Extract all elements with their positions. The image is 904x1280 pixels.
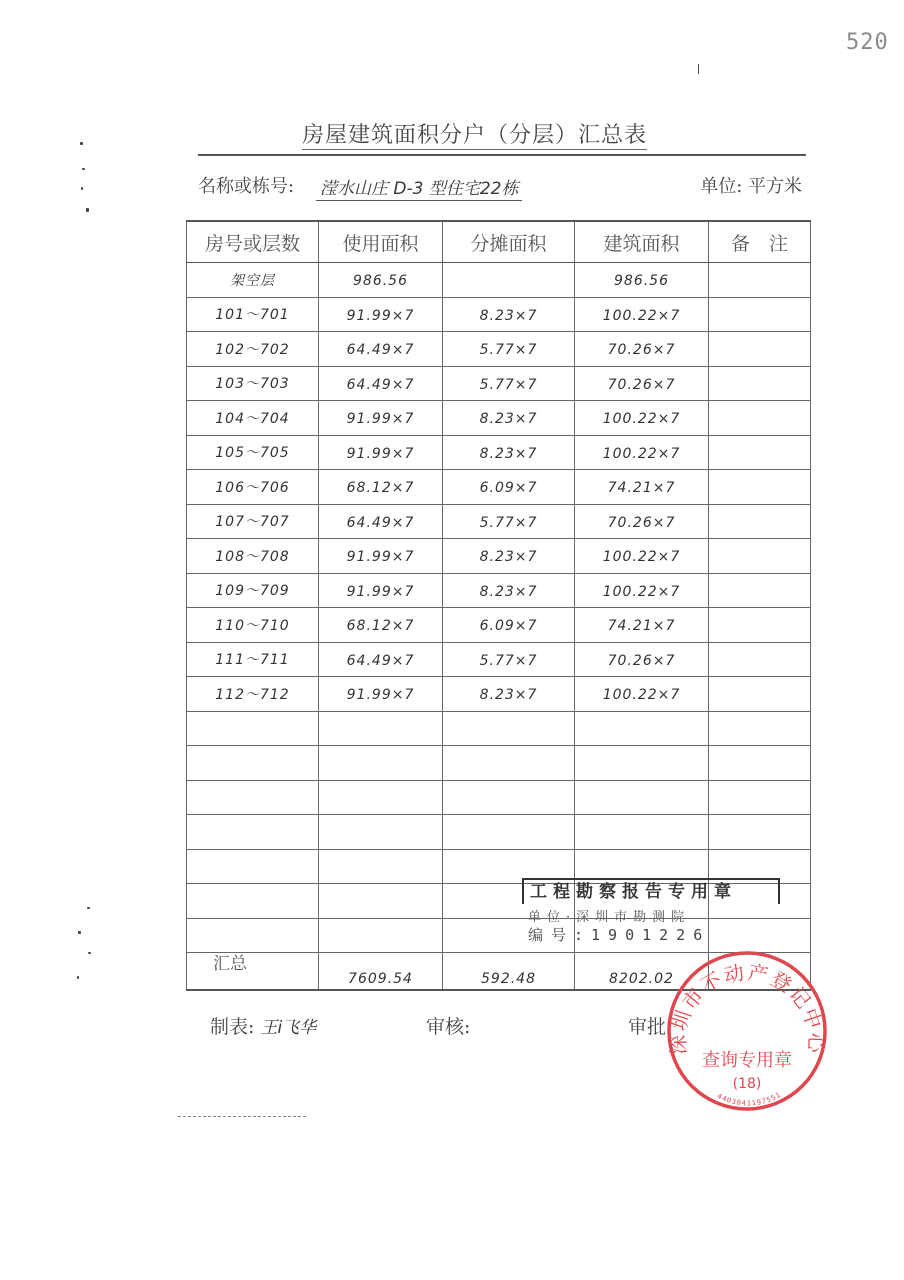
- usable-area-cell: 91.99×7: [319, 401, 443, 436]
- total-shared: 592.48: [443, 953, 575, 991]
- table-row: 111～71164.49×75.77×770.26×7: [187, 642, 811, 677]
- stamp-title: 工程勘察报告专用章: [522, 878, 780, 904]
- shared-area-cell: 8.23×7: [443, 435, 575, 470]
- page-number: 520: [846, 30, 889, 55]
- room-cell: 108～708: [187, 539, 319, 574]
- room-cell: [187, 815, 319, 850]
- prepared-by-signature: 王i飞华: [260, 1018, 316, 1038]
- building-area-cell: 100.22×7: [575, 297, 709, 332]
- shared-area-cell: 6.09×7: [443, 608, 575, 643]
- usable-area-cell: [319, 918, 443, 953]
- table-row: 106～70668.12×76.09×774.21×7: [187, 470, 811, 505]
- usable-area-cell: [319, 711, 443, 746]
- note-cell: [709, 780, 811, 815]
- building-area-cell: 70.26×7: [575, 642, 709, 677]
- table-row: 112～71291.99×78.23×7100.22×7: [187, 677, 811, 712]
- header-room: 房号或层数: [187, 221, 319, 263]
- usable-area-cell: 91.99×7: [319, 677, 443, 712]
- note-cell: [709, 332, 811, 367]
- prepared-by: 制表: 王i飞华: [210, 1012, 316, 1039]
- reviewed-by: 审核:: [426, 1012, 470, 1039]
- room-cell: 107～707: [187, 504, 319, 539]
- scan-speck: [82, 168, 85, 170]
- building-area-cell: 70.26×7: [575, 504, 709, 539]
- room-cell: 105～705: [187, 435, 319, 470]
- usable-area-cell: 68.12×7: [319, 470, 443, 505]
- area-summary-table: 房号或层数 使用面积 分摊面积 建筑面积 备 注 架空层986.56986.56…: [186, 220, 811, 991]
- shared-area-cell: 8.23×7: [443, 539, 575, 574]
- scan-speck: [87, 907, 90, 909]
- table-row: 101～70191.99×78.23×7100.22×7: [187, 297, 811, 332]
- note-cell: [709, 366, 811, 401]
- svg-text:深圳市不动产登记中心: 深圳市不动产登记中心: [666, 960, 829, 1055]
- unit-label: 单位: 平方米: [700, 172, 802, 198]
- document-title: 房屋建筑面积分户（分层）汇总表: [302, 118, 647, 150]
- building-area-cell: 70.26×7: [575, 332, 709, 367]
- note-cell: [709, 435, 811, 470]
- signature-row: 制表: 王i飞华 审核: 审批:: [210, 1012, 710, 1042]
- note-cell: [709, 642, 811, 677]
- note-cell: [709, 711, 811, 746]
- shared-area-cell: [443, 263, 575, 298]
- note-cell: [709, 746, 811, 781]
- usable-area-cell: [319, 884, 443, 919]
- shared-area-cell: 8.23×7: [443, 573, 575, 608]
- room-cell: [187, 918, 319, 953]
- room-cell: [187, 746, 319, 781]
- scan-speck: [88, 952, 91, 954]
- scan-speck: [78, 931, 81, 934]
- room-cell: [187, 780, 319, 815]
- room-cell: 104～704: [187, 401, 319, 436]
- table-row: 102～70264.49×75.77×770.26×7: [187, 332, 811, 367]
- shared-area-cell: 5.77×7: [443, 366, 575, 401]
- table-row: 105～70591.99×78.23×7100.22×7: [187, 435, 811, 470]
- stamp-unit: 单位·深圳市勘测院: [528, 906, 690, 925]
- scan-dash: [178, 1116, 306, 1118]
- shared-area-cell: 8.23×7: [443, 297, 575, 332]
- building-area-cell: [575, 746, 709, 781]
- note-cell: [709, 815, 811, 850]
- building-area-cell: 100.22×7: [575, 573, 709, 608]
- building-area-cell: 74.21×7: [575, 470, 709, 505]
- table-header-row: 房号或层数 使用面积 分摊面积 建筑面积 备 注: [187, 221, 811, 263]
- scan-speck: [698, 64, 699, 74]
- table-row: 107～70764.49×75.77×770.26×7: [187, 504, 811, 539]
- usable-area-cell: 68.12×7: [319, 608, 443, 643]
- scan-speck: [80, 142, 83, 145]
- table-row: 103～70364.49×75.77×770.26×7: [187, 366, 811, 401]
- usable-area-cell: 986.56: [319, 263, 443, 298]
- shared-area-cell: [443, 711, 575, 746]
- room-cell: 112～712: [187, 677, 319, 712]
- shared-area-cell: 5.77×7: [443, 504, 575, 539]
- building-area-cell: 986.56: [575, 263, 709, 298]
- official-seal: 深圳市不动产登记中心 查询专用章 (18) 4403041197551: [664, 948, 830, 1114]
- note-cell: [709, 401, 811, 436]
- table-row: [187, 780, 811, 815]
- header-building-area: 建筑面积: [575, 221, 709, 263]
- room-cell: 101～701: [187, 297, 319, 332]
- usable-area-cell: 91.99×7: [319, 297, 443, 332]
- building-area-cell: 70.26×7: [575, 366, 709, 401]
- table-row: [187, 711, 811, 746]
- room-cell: [187, 849, 319, 884]
- usable-area-cell: [319, 780, 443, 815]
- scan-speck: [77, 976, 79, 979]
- header-shared-area: 分摊面积: [443, 221, 575, 263]
- note-cell: [709, 573, 811, 608]
- room-cell: [187, 884, 319, 919]
- table-row: 104～70491.99×78.23×7100.22×7: [187, 401, 811, 436]
- scan-speck: [81, 187, 83, 190]
- building-area-cell: 100.22×7: [575, 401, 709, 436]
- usable-area-cell: 64.49×7: [319, 366, 443, 401]
- usable-area-cell: 91.99×7: [319, 539, 443, 574]
- note-cell: [709, 608, 811, 643]
- table-row: 108～70891.99×78.23×7100.22×7: [187, 539, 811, 574]
- stamp-number: 编号:1901226: [528, 924, 710, 945]
- meta-row: 名称或栋号: 滢水山庄 D-3 型住宅22栋 单位: 平方米: [198, 172, 806, 202]
- header-note: 备 注: [709, 221, 811, 263]
- usable-area-cell: [319, 849, 443, 884]
- usable-area-cell: 91.99×7: [319, 573, 443, 608]
- shared-area-cell: 8.23×7: [443, 677, 575, 712]
- title-area: 房屋建筑面积分户（分层）汇总表: [198, 118, 806, 156]
- building-area-cell: 74.21×7: [575, 608, 709, 643]
- usable-area-cell: 64.49×7: [319, 504, 443, 539]
- note-cell: [709, 539, 811, 574]
- usable-area-cell: 64.49×7: [319, 332, 443, 367]
- note-cell: [709, 470, 811, 505]
- building-area-cell: 100.22×7: [575, 435, 709, 470]
- room-cell: 106～706: [187, 470, 319, 505]
- note-cell: [709, 677, 811, 712]
- engineering-report-stamp: 工程勘察报告专用章 单位·深圳市勘测院 编号:1901226: [520, 878, 772, 950]
- shared-area-cell: 5.77×7: [443, 642, 575, 677]
- usable-area-cell: [319, 746, 443, 781]
- table-row: [187, 815, 811, 850]
- name-label: 名称或栋号:: [198, 172, 294, 198]
- note-cell: [709, 297, 811, 332]
- svg-text:(18): (18): [733, 1076, 762, 1092]
- scan-speck: [86, 208, 89, 212]
- table-row: 架空层986.56986.56: [187, 263, 811, 298]
- room-cell: 103～703: [187, 366, 319, 401]
- building-area-cell: 100.22×7: [575, 539, 709, 574]
- building-area-cell: [575, 815, 709, 850]
- room-cell: 102～702: [187, 332, 319, 367]
- usable-area-cell: [319, 815, 443, 850]
- shared-area-cell: [443, 780, 575, 815]
- usable-area-cell: 91.99×7: [319, 435, 443, 470]
- room-cell: 架空层: [187, 263, 319, 298]
- table-row: 109～70991.99×78.23×7100.22×7: [187, 573, 811, 608]
- shared-area-cell: 5.77×7: [443, 332, 575, 367]
- room-cell: [187, 711, 319, 746]
- shared-area-cell: [443, 746, 575, 781]
- table-row: 110～71068.12×76.09×774.21×7: [187, 608, 811, 643]
- svg-text:查询专用章: 查询专用章: [702, 1050, 792, 1071]
- room-cell: 110～710: [187, 608, 319, 643]
- shared-area-cell: 8.23×7: [443, 401, 575, 436]
- total-usable: 7609.54: [319, 953, 443, 991]
- name-value: 滢水山庄 D-3 型住宅22栋: [316, 174, 522, 201]
- total-label: 汇总: [187, 953, 319, 991]
- table-row: [187, 746, 811, 781]
- room-cell: 109～709: [187, 573, 319, 608]
- usable-area-cell: 64.49×7: [319, 642, 443, 677]
- note-cell: [709, 504, 811, 539]
- shared-area-cell: [443, 815, 575, 850]
- shared-area-cell: 6.09×7: [443, 470, 575, 505]
- building-area-cell: 100.22×7: [575, 677, 709, 712]
- room-cell: 111～711: [187, 642, 319, 677]
- header-usable-area: 使用面积: [319, 221, 443, 263]
- building-area-cell: [575, 780, 709, 815]
- building-area-cell: [575, 711, 709, 746]
- note-cell: [709, 263, 811, 298]
